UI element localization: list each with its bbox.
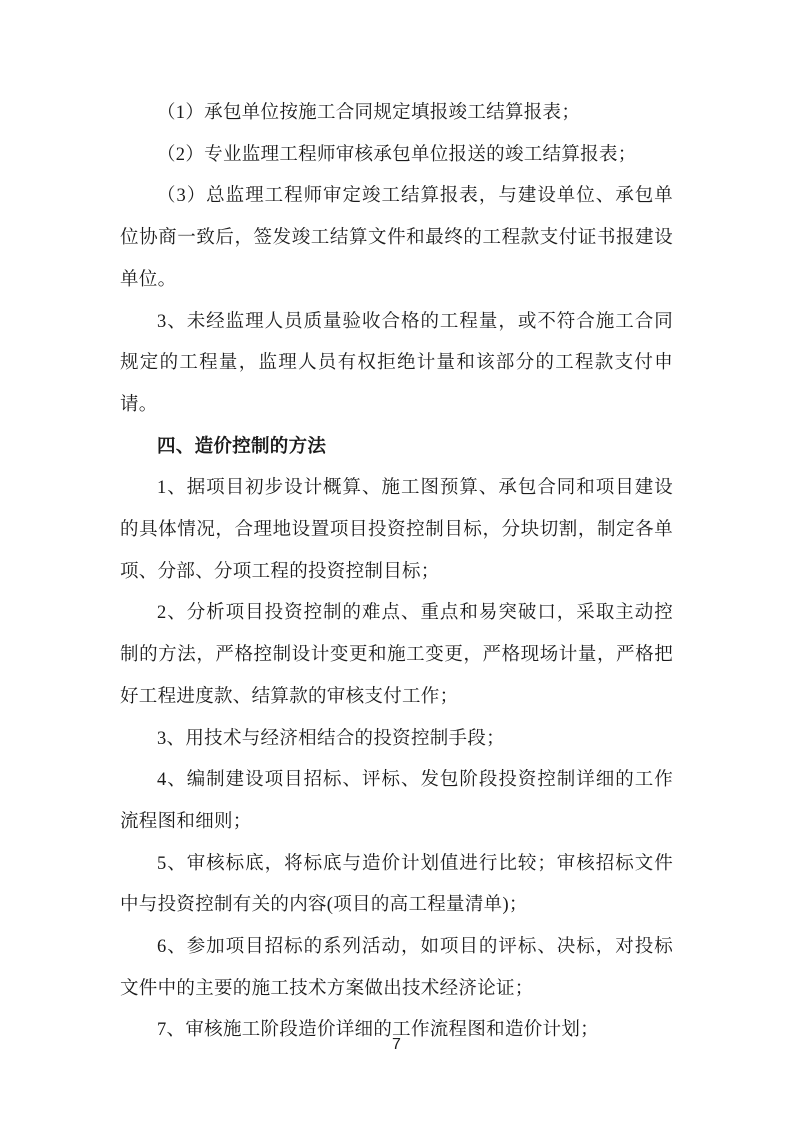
body-paragraph: 5、审核标底，将标底与造价计划值进行比较；审核招标文件中与投资控制有关的内容(项… — [120, 844, 673, 927]
document-body: （1）承包单位按施工合同规定填报竣工结算报表；（2）专业监理工程师审核承包单位报… — [120, 93, 673, 1052]
document-page: （1）承包单位按施工合同规定填报竣工结算报表；（2）专业监理工程师审核承包单位报… — [0, 0, 793, 1122]
page-footer: 7 — [0, 1036, 793, 1054]
body-paragraph: （3）总监理工程师审定竣工结算报表，与建设单位、承包单位协商一致后，签发竣工结算… — [120, 176, 673, 301]
body-paragraph: （1）承包单位按施工合同规定填报竣工结算报表； — [120, 93, 673, 135]
body-paragraph: 3、用技术与经济相结合的投资控制手段； — [120, 719, 673, 761]
page-number: 7 — [392, 1036, 401, 1053]
body-paragraph: （2）专业监理工程师审核承包单位报送的竣工结算报表； — [120, 135, 673, 177]
body-paragraph: 4、编制建设项目招标、评标、发包阶段投资控制详细的工作流程图和细则； — [120, 760, 673, 843]
section-heading: 四、造价控制的方法 — [120, 427, 673, 469]
body-paragraph: 6、参加项目招标的系列活动，如项目的评标、决标，对投标文件中的主要的施工技术方案… — [120, 927, 673, 1010]
body-paragraph: 3、未经监理人员质量验收合格的工程量，或不符合施工合同规定的工程量，监理人员有权… — [120, 302, 673, 427]
body-paragraph: 1、据项目初步设计概算、施工图预算、承包合同和项目建设的具体情况，合理地设置项目… — [120, 468, 673, 593]
body-paragraph: 2、分析项目投资控制的难点、重点和易突破口，采取主动控制的方法，严格控制设计变更… — [120, 593, 673, 718]
